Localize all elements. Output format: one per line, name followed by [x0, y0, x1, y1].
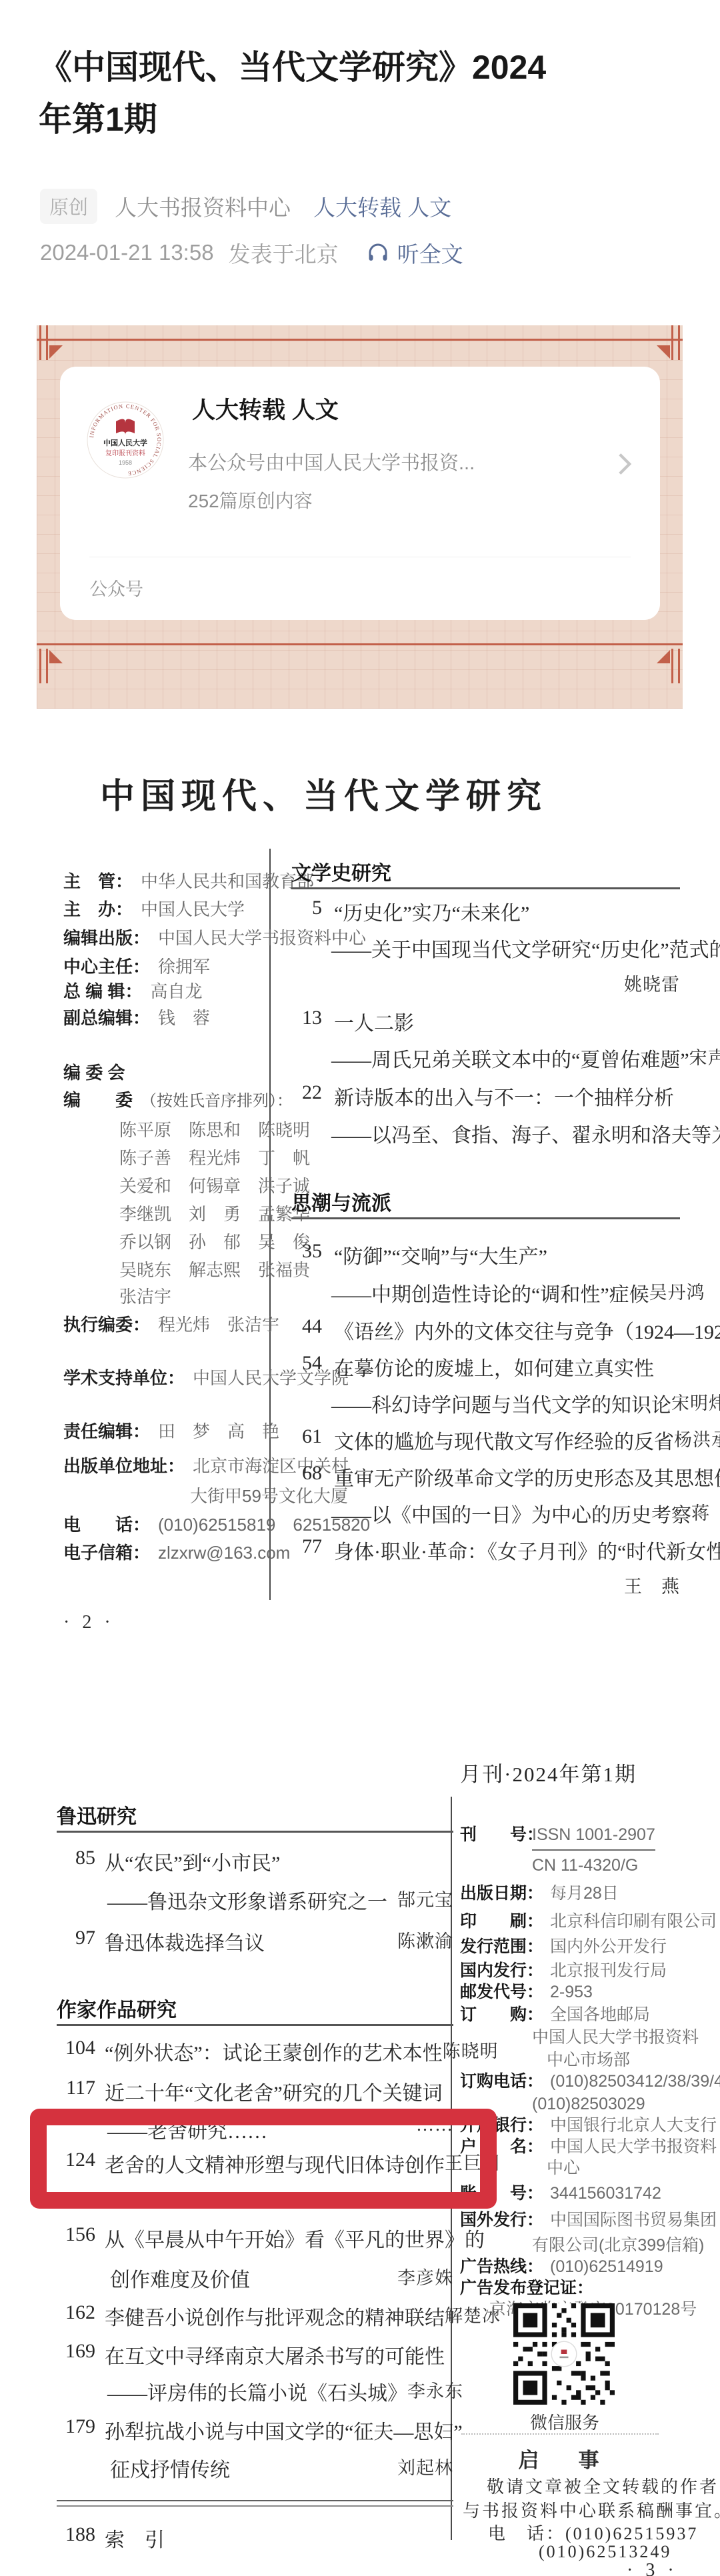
editorial-board-row: 陈子善 程光炜 丁 帆: [63, 1147, 267, 1173]
card-divider: [89, 557, 631, 557]
toc-item: 162李健吾小说创作与批评观念的精神联结解楚冰: [57, 2301, 453, 2328]
masthead-row: 责任编辑：田 梦 高 艳: [63, 1420, 267, 1447]
info-row: 国外发行：中国国际图书贸易集团: [460, 2209, 683, 2236]
info-row: 出版日期：每月28日: [460, 1883, 683, 1909]
toc-item: 5“历史化”实乃“未来化”: [291, 897, 680, 923]
toc-subtitle: ——关于中国现当代文学研究“历史化”范式的思考: [291, 933, 680, 960]
masthead-row: 编辑出版：中国人民大学书报资料中心: [63, 927, 267, 953]
toc-item: 44《语丝》内外的文体交往与竞争（1924—1927）夏 寅: [291, 1315, 680, 1342]
banner-corner-bottomright: [655, 643, 681, 683]
account-logo: INFORMATION CENTER FOR SOCIAL SCIENCES, …: [87, 401, 164, 479]
journal-info-column: 刊 号： ISSN 1001-2907 CN 11-4320/G 出版日期：每月…: [460, 1804, 683, 2291]
account-card-name[interactable]: 人大转载 人文: [192, 392, 339, 425]
svg-text:1958: 1958: [119, 459, 132, 466]
account-card-desc[interactable]: 本公众号由中国人民大学书报资...: [188, 448, 628, 475]
masthead-row: 副总编辑：钱 蓉: [63, 1007, 267, 1033]
notice-title: 启 事: [460, 2443, 667, 2470]
masthead-row: 学术支持单位：中国人民大学文学院: [63, 1367, 267, 1393]
toc-item: 188索 引: [57, 2523, 453, 2550]
page2-page-number: · 3 ·: [627, 2560, 678, 2576]
notice-block: 启 事 敬请文章被全文转载的作者 与书报资料中心联系稿酬事宜。 电 话：(010…: [460, 2441, 667, 2561]
wechat-qr-code: [513, 2303, 615, 2405]
toc-subtitle: ——以《中国的一日》为中心的历史考察蒋 祎: [291, 1499, 680, 1525]
banner-rule-top: [37, 339, 683, 341]
toc-subtitle: ——以冯至、食指、海子、翟永明和洛夫等为样例于慈江: [291, 1119, 680, 1145]
toc-item: 54在摹仿论的废墟上，如何建立真实性: [291, 1352, 680, 1379]
masthead-row: 电子信箱：zlzxrw@163.com: [63, 1541, 267, 1568]
toc-item: 85从“农民”到“小市民”: [57, 1847, 453, 1873]
masthead-left-column: 主 管：中华人民共和国教育部 主 办：中国人民大学 编辑出版：中国人民大学书报资…: [63, 867, 267, 1627]
account-name[interactable]: 人大书报资料中心: [115, 191, 291, 222]
notice-text-line: 敬请文章被全文转载的作者: [460, 2473, 667, 2500]
toc-item: 117近二十年“文化老舍”研究的几个关键词: [57, 2077, 453, 2103]
article-title: 《中国现代、当代文学研究》2024 年第1期: [39, 41, 685, 145]
account-original-count: 252篇原创内容: [188, 487, 313, 513]
qr-caption: 微信服务: [481, 2409, 648, 2434]
toc-section-header: 作家作品研究: [57, 1993, 453, 2026]
highlight-red-box: [30, 2109, 497, 2209]
toc-item: 61文体的尴尬与现代散文写作经验的反省杨洪承: [291, 1425, 680, 1452]
masthead-row: 电 话：(010)62515819 62515820: [63, 1513, 267, 1540]
banner-rule-bottom: [37, 643, 683, 645]
info-row-issn: 刊 号： ISSN 1001-2907 CN 11-4320/G: [460, 1824, 683, 1851]
original-badge: 原创: [40, 189, 97, 224]
official-account-card[interactable]: INFORMATION CENTER FOR SOCIAL SCIENCES, …: [60, 367, 660, 620]
masthead-row: 执行编委：程光炜 张洁宇: [63, 1313, 267, 1340]
account-type-label: 公众号: [89, 575, 143, 601]
masthead-row: 出版单位地址：北京市海淀区中关村: [63, 1455, 267, 1481]
toc-item: 169在互文中寻绎南京大屠杀书写的可能性: [57, 2340, 453, 2367]
info-row: 发行范围：国内外公开发行: [460, 1936, 683, 1963]
toc-item: 13一人二影: [291, 1007, 680, 1033]
article-meta-row2: 2024-01-21 13:58 发表于北京 听全文: [40, 237, 463, 268]
editorial-board-row: 乔以钢 孙 郁 吴 俊: [63, 1231, 267, 1257]
toc-item: 156从《早晨从中午开始》看《平凡的世界》的: [57, 2223, 453, 2250]
article-title-line2: 年第1期: [39, 93, 685, 145]
issn-cn-block: ISSN 1001-2907 CN 11-4320/G: [532, 1824, 655, 1877]
journal-masthead-title: 中国现代、当代文学研究: [100, 768, 607, 818]
info-row: 印 刷：北京科信印刷有限公司: [460, 1911, 683, 1937]
publish-datetime: 2024-01-21 13:58: [40, 240, 214, 265]
toc-bottom-rule: [57, 2500, 453, 2507]
masthead-row: 主 办：中国人民大学: [63, 898, 267, 925]
toc-item: 179孙犁抗战小说与中国文学的“征夫—思妇”: [57, 2415, 453, 2442]
account-banner: INFORMATION CENTER FOR SOCIAL SCIENCES, …: [37, 325, 683, 709]
svg-text:中国人民大学: 中国人民大学: [103, 438, 147, 447]
headphones-icon: [365, 241, 391, 265]
toc-author-line: 姚晓雷: [291, 970, 680, 997]
masthead-row: 主 管：中华人民共和国教育部: [63, 870, 267, 897]
editorial-board-row: 李继凯 刘 勇 孟繁华: [63, 1203, 267, 1229]
toc-page1: 文学史研究 5“历史化”实乃“未来化” ——关于中国现当代文学研究“历史化”范式…: [291, 857, 680, 1610]
toc-section-header: 鲁迅研究: [57, 1800, 453, 1833]
article-title-line1: 《中国现代、当代文学研究》2024: [39, 41, 685, 93]
page1-page-number: · 2 ·: [63, 1612, 115, 1633]
issue-line: 月刊·2024年第1期: [373, 1757, 637, 1787]
masthead-row: 编 委 会: [63, 1061, 267, 1088]
toc-item: 77身体·职业·革命：《女子月刊》的“时代新女性”想象: [291, 1535, 680, 1562]
masthead-row: 编 委（按姓氏音序排列）：: [63, 1089, 267, 1115]
editorial-board-row: 陈平原 陈思和 陈晓明: [63, 1119, 267, 1145]
banner-corner-topright: [655, 325, 681, 365]
listen-label[interactable]: 听全文: [397, 237, 463, 269]
issn-divider: [532, 1849, 655, 1851]
toc-subtitle: ——科幻诗学问题与当代文学的知识论宋明炜: [291, 1389, 680, 1415]
info-dotted-divider: [461, 2433, 659, 2435]
account-tag-link[interactable]: 人大转载 人文: [313, 191, 451, 222]
toc-title-continuation: 征戍抒情传统刘起林: [57, 2453, 453, 2480]
listen-full-text-button[interactable]: 听全文: [365, 237, 463, 269]
toc-section-header: 思潮与流派: [291, 1187, 680, 1219]
toc-item: 68重审无产阶级革命文学的历史形态及其思想价值: [291, 1462, 680, 1489]
toc-subtitle: ——周氏兄弟关联文本中的“夏曾佑难题”宋声泉: [291, 1043, 680, 1070]
toc-item: 104“例外状态”：试论王蒙创作的艺术本性陈晓明: [57, 2037, 453, 2063]
toc-subtitle: ——中期创造性诗论的“调和性”症候吴丹鸿: [291, 1278, 680, 1305]
issn-number: ISSN 1001-2907: [532, 1824, 655, 1846]
toc-item: 97鲁迅体裁选择刍议陈漱渝: [57, 1927, 453, 1953]
article-meta-row1: 原创 人大书报资料中心 人大转载 人文: [40, 188, 451, 224]
svg-text:复印报刊资料: 复印报刊资料: [105, 449, 145, 457]
toc-item: 35“防御”“交响”与“大生产”: [291, 1240, 680, 1267]
toc-author-line: 王 燕: [291, 1572, 680, 1599]
masthead-row: 总 编 辑：高自龙: [63, 980, 267, 1007]
publish-location: 发表于北京: [229, 237, 339, 269]
banner-corner-topleft: [38, 325, 65, 365]
editorial-board-row: 吴晓东 解志熙 张福贵: [63, 1259, 267, 1285]
toc-subtitle: ——鲁迅杂文形象谱系研究之一郜元宝: [57, 1885, 453, 1912]
editorial-board-row: 关爱和 何锡章 洪子诚: [63, 1175, 267, 1201]
masthead-row: 中心主任：徐拥军: [63, 955, 267, 982]
toc-subtitle: ——评房伟的长篇小说《石头城》李永东: [57, 2377, 453, 2403]
wechat-article-page: 《中国现代、当代文学研究》2024 年第1期 原创 人大书报资料中心 人大转载 …: [0, 0, 720, 2576]
chevron-right-icon[interactable]: [617, 452, 632, 476]
toc-section-header: 文学史研究: [291, 857, 680, 889]
toc-item: 22新诗版本的出入与不一：一个抽样分析: [291, 1081, 680, 1108]
toc-title-continuation: 创作难度及价值李彦姝: [57, 2263, 453, 2290]
masthead-row: 大街甲59号文化大厦: [63, 1485, 267, 1511]
banner-corner-bottomleft: [38, 643, 65, 683]
editorial-board-row: 张洁宇: [63, 1285, 267, 1312]
cn-number: CN 11-4320/G: [532, 1855, 655, 1877]
